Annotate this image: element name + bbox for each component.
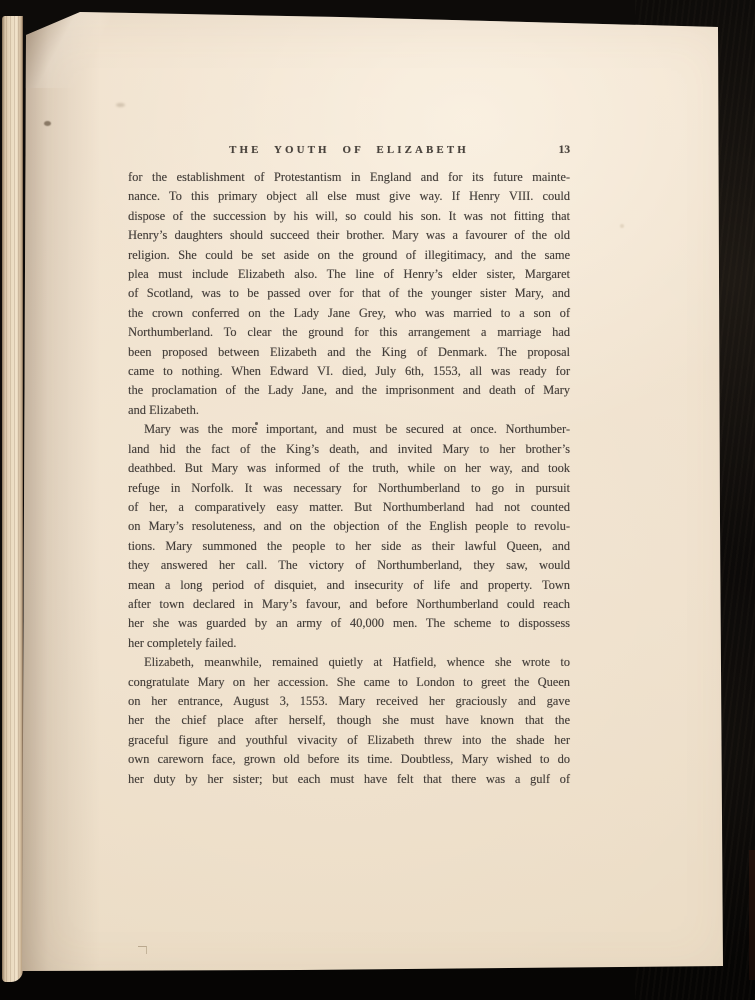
text-line: Henry’s daughters should succeed their b… [128,226,570,245]
text-line: her she was guarded by an army of 40,000… [128,614,570,633]
text-line: Northumberland. To clear the ground for … [128,323,570,342]
page-header: THE YOUTH OF ELIZABETH 13 [128,144,570,160]
page-content: THE YOUTH OF ELIZABETH 13 for the establ… [0,0,755,1000]
text-line: of her, a comparatively easy matter. But… [128,498,570,517]
text-line: they answered her call. The victory of N… [128,556,570,575]
page-number: 13 [559,144,571,156]
text-line: dispose of the succession by his will, s… [128,207,570,226]
text-line: been proposed between Elizabeth and the … [128,343,570,362]
text-line: Elizabeth, meanwhile, remained quietly a… [128,653,570,672]
text-line: came to nothing. When Edward VI. died, J… [128,362,570,381]
text-line: mean a long period of disquiet, and inse… [128,576,570,595]
book-page: THE YOUTH OF ELIZABETH 13 for the establ… [0,0,755,1000]
text-line: nance. To this primary object all else m… [128,187,570,206]
text-line: the proclamation of the Lady Jane, and t… [128,381,570,400]
text-line: graceful figure and youthful vivacity of… [128,731,570,750]
text-block: for the establishment of Protestantism i… [128,168,570,789]
text-line: her duty by her sister; but each must ha… [128,770,570,789]
text-line: refuge in Norfolk. It was necessary for … [128,479,570,498]
text-line: her the chief place after herself, thoug… [128,711,570,730]
text-line: after town declared in Mary’s favour, an… [128,595,570,614]
text-line: tions. Mary summoned the people to her s… [128,537,570,556]
book-photo: THE YOUTH OF ELIZABETH 13 for the establ… [0,0,755,1000]
text-line: Mary was the more important, and must be… [128,420,570,439]
text-line: deathbed. But Mary was informed of the t… [128,459,570,478]
text-line: for the establishment of Protestantism i… [128,168,570,187]
text-line: and Elizabeth. [128,401,570,420]
text-line: her completely failed. [128,634,570,653]
text-line: of Scotland, was to be passed over for t… [128,284,570,303]
page-fore-edges [2,16,23,982]
text-line: congratulate Mary on her accession. She … [128,673,570,692]
text-line: own careworn face, grown old before its … [128,750,570,769]
book-cover-edge [749,850,755,980]
text-line: the crown conferred on the Lady Jane Gre… [128,304,570,323]
text-line: religion. She could be set aside on the … [128,246,570,265]
text-line: plea must include Elizabeth also. The li… [128,265,570,284]
text-line: on her entrance, August 3, 1553. Mary re… [128,692,570,711]
text-line: land hid the fact of the King’s death, a… [128,440,570,459]
text-line: on Mary’s resoluteness, and on the objec… [128,517,570,536]
running-title: THE YOUTH OF ELIZABETH [229,144,469,156]
